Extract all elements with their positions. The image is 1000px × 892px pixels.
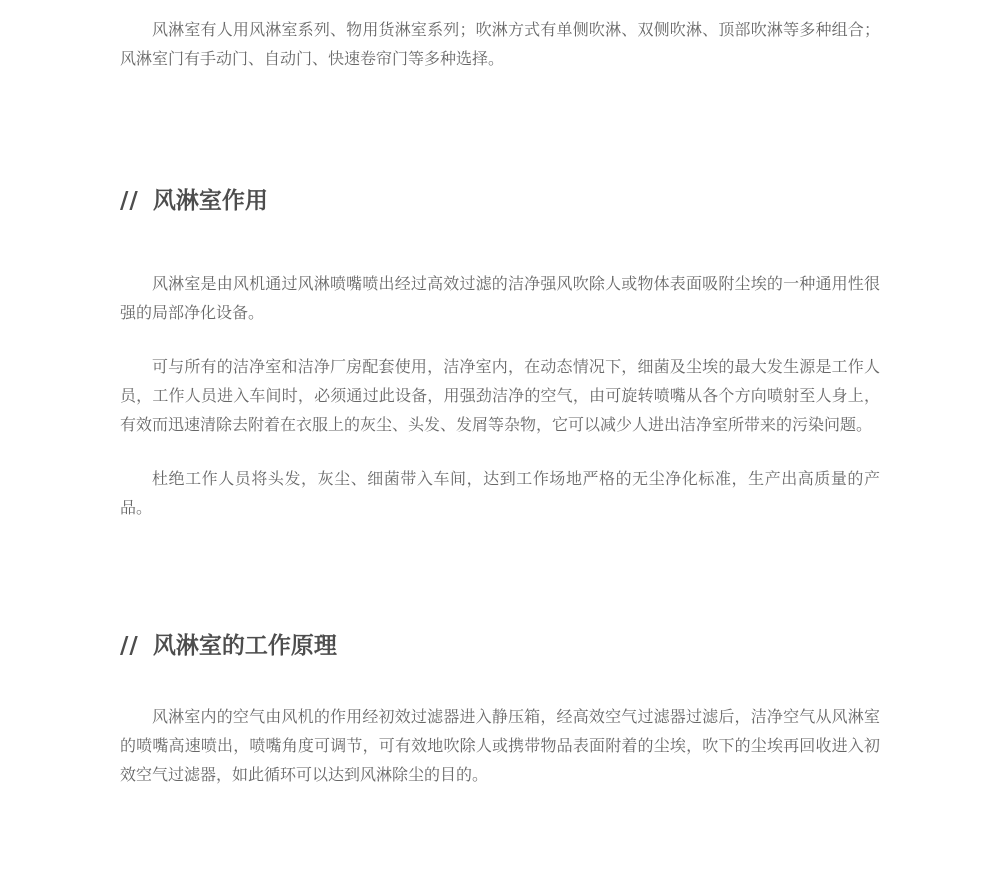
body-paragraph: 杜绝工作人员将头发，灰尘、细菌带入车间，达到工作场地严格的无尘净化标准，生产出高… xyxy=(120,464,880,522)
body-paragraph: 风淋室是由风机通过风淋喷嘴喷出经过高效过滤的洁净强风吹除人或物体表面吸附尘埃的一… xyxy=(120,269,880,327)
section-title-text: 风淋室作用 xyxy=(153,188,268,214)
double-slash-marker: // xyxy=(120,630,139,662)
section-title: //风淋室作用 xyxy=(120,185,880,217)
section-title-text: 风淋室的工作原理 xyxy=(153,633,337,659)
body-paragraph: 风淋室内的空气由风机的作用经初效过滤器进入静压箱，经高效空气过滤器过滤后，洁净空… xyxy=(120,702,880,789)
article-content: 风淋室有人用风淋室系列、物用货淋室系列；吹淋方式有单侧吹淋、双侧吹淋、顶部吹淋等… xyxy=(120,0,880,789)
body-paragraph: 可与所有的洁净室和洁净厂房配套使用，洁净室内，在动态情况下，细菌及尘埃的最大发生… xyxy=(120,352,880,439)
intro-paragraph: 风淋室有人用风淋室系列、物用货淋室系列；吹淋方式有单侧吹淋、双侧吹淋、顶部吹淋等… xyxy=(120,15,880,73)
double-slash-marker: // xyxy=(120,185,139,217)
section-title: //风淋室的工作原理 xyxy=(120,630,880,662)
section-working-principle: //风淋室的工作原理 风淋室内的空气由风机的作用经初效过滤器进入静压箱，经高效空… xyxy=(120,630,880,789)
section-air-shower-function: //风淋室作用 风淋室是由风机通过风淋喷嘴喷出经过高效过滤的洁净强风吹除人或物体… xyxy=(120,185,880,522)
